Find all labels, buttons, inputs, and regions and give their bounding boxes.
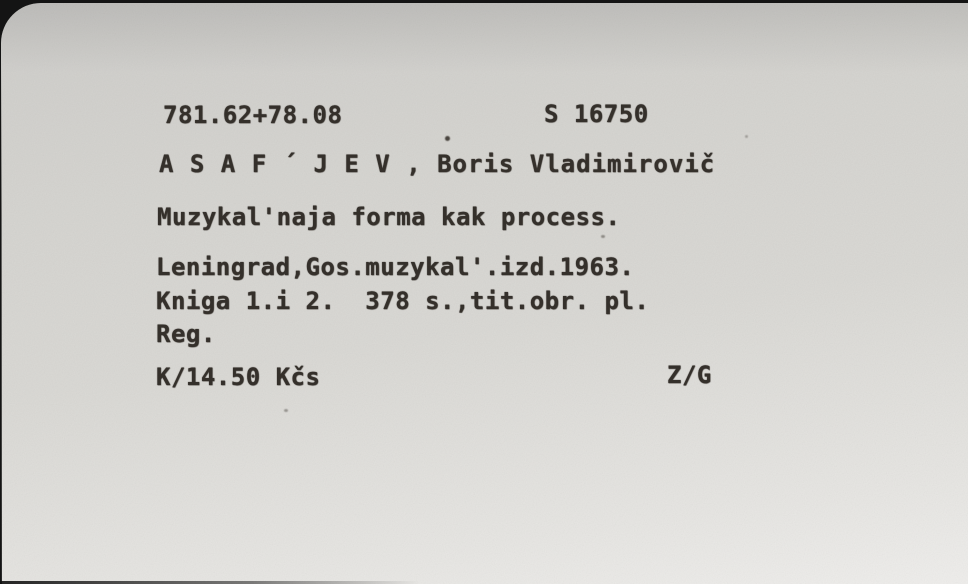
author-heading: A S A F ´ J E V , Boris Vladimirovič <box>159 152 715 176</box>
classification-number: 781.62+78.08 <box>163 103 342 127</box>
ink-speck <box>601 235 605 238</box>
price-line: K/14.50 Kčs <box>156 365 320 389</box>
ink-speck <box>745 135 748 138</box>
ink-speck <box>284 409 288 412</box>
scan-edge-left <box>0 60 2 584</box>
title-line: Muzykal'naja forma kak process. <box>157 205 620 229</box>
catalog-card: 781.62+78.08 S 16750 A S A F ´ J E V , B… <box>1 3 968 584</box>
collation-line: Kniga 1.i 2. 378 s.,tit.obr. pl. <box>156 289 649 313</box>
scanned-image: 781.62+78.08 S 16750 A S A F ´ J E V , B… <box>0 0 968 584</box>
note-line: Reg. <box>156 322 216 346</box>
accession-number: S 16750 <box>544 102 649 126</box>
ink-speck <box>445 136 450 141</box>
cataloguer-initials: Z/G <box>667 363 712 387</box>
imprint-line: Leningrad,Gos.muzykal'.izd.1963. <box>156 255 634 279</box>
